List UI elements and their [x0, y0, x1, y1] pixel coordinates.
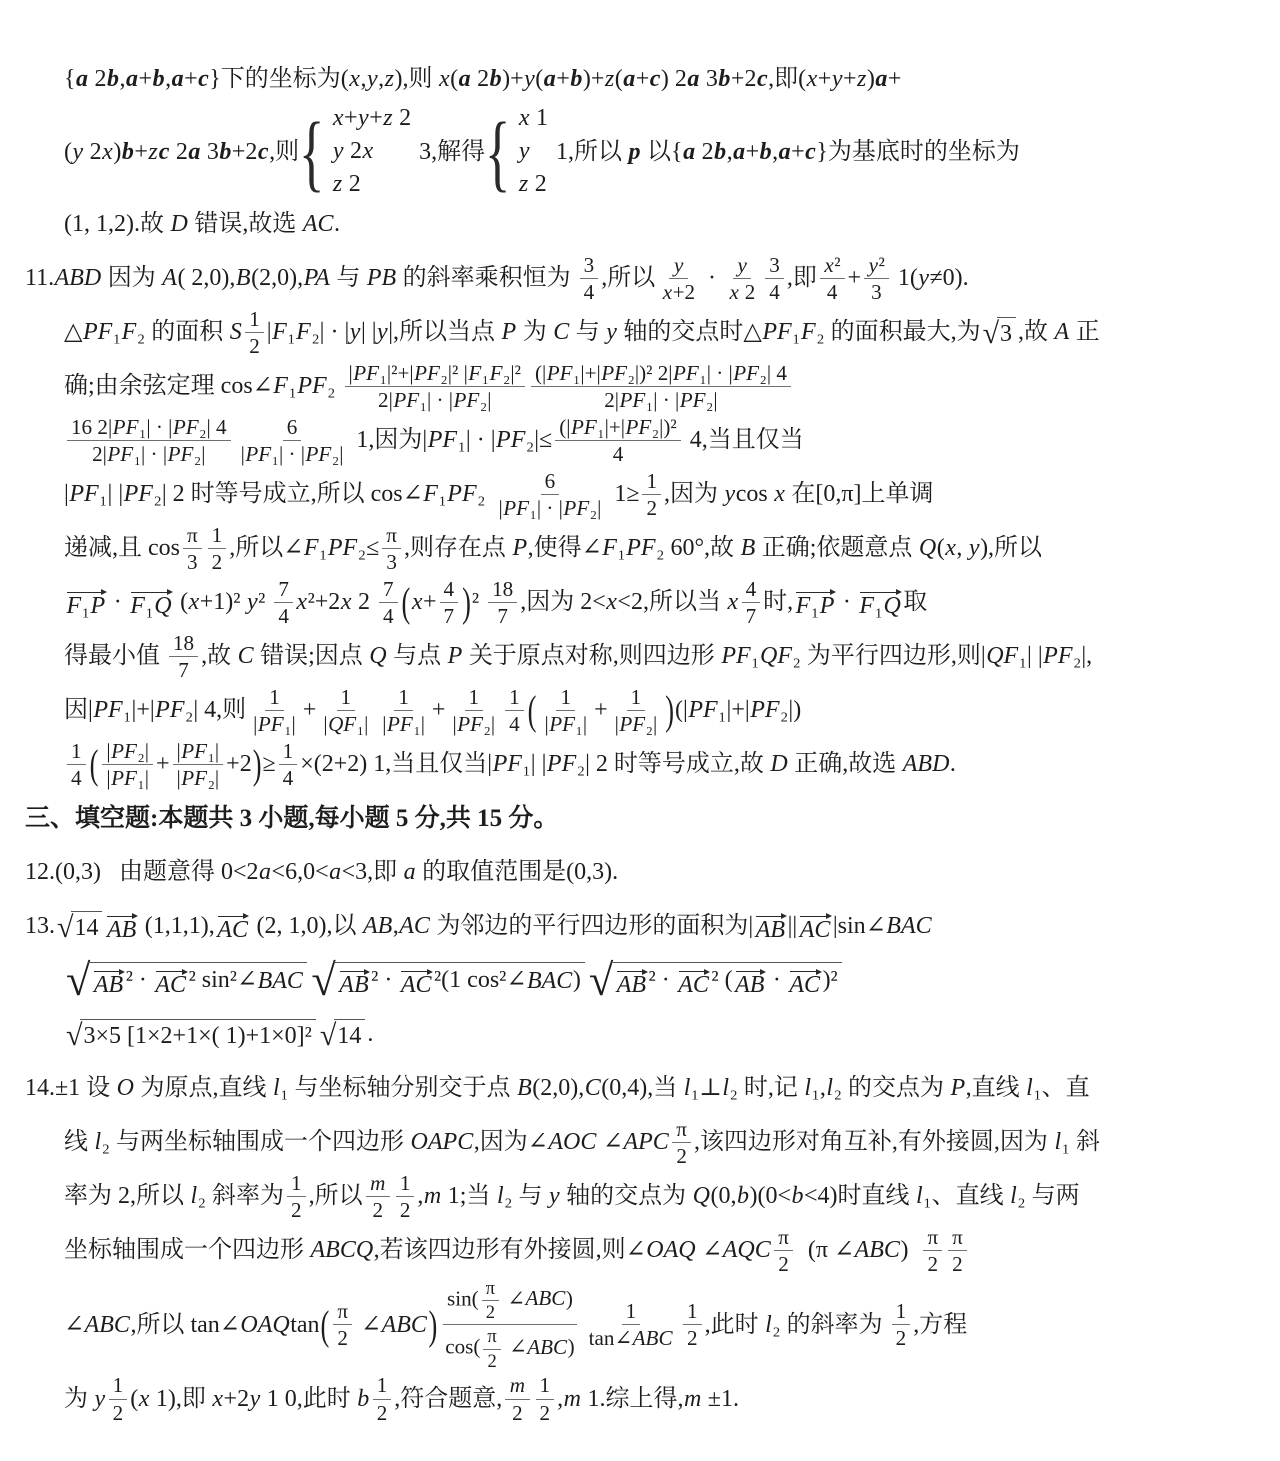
fraction: 1|PF₁| — [540, 685, 591, 737]
fraction: 12 — [642, 469, 661, 521]
bold-vector: b — [714, 138, 727, 166]
fraction: x²4 — [820, 253, 845, 305]
fraction: π2 — [333, 1299, 352, 1351]
fraction: 187 — [488, 577, 517, 629]
big-paren: ) — [252, 744, 263, 785]
text-line: 三、填空题:本题共 3 小题,每小题 5 分,共 15 分。 — [25, 792, 1266, 846]
bold-vector: a — [687, 65, 700, 93]
vector: AB — [92, 965, 124, 998]
fraction: π2 — [672, 1117, 691, 1169]
fraction: m2 — [505, 1373, 529, 1425]
equation-system: {x+y+z 2y 2xz 2 — [301, 106, 411, 198]
text-line: ∠ABC,所以 tan∠OAQ tan(π2 ∠ABC) sin(π2 ∠ABC… — [64, 1278, 1266, 1372]
vector-arrow-icon — [800, 910, 830, 917]
fraction: 74 — [274, 577, 293, 629]
vector-arrow-icon — [107, 910, 135, 917]
fraction: 12 — [536, 1373, 555, 1425]
fraction: 1|PF₂| — [448, 685, 499, 737]
vector: AB — [734, 965, 766, 998]
vector: AB — [105, 910, 137, 943]
bold-vector: a — [126, 65, 139, 93]
fraction: π2 — [483, 1326, 500, 1372]
text-line: 12.(0,3) 由题意得 0<2a<6,0<a<3,即 a 的取值范围是(0,… — [25, 846, 1266, 900]
vector: AC — [798, 910, 832, 943]
fraction: 12 — [208, 523, 227, 575]
bold-vector: b — [718, 65, 731, 93]
sqrt: √AB² · AC² (AB · AC)² — [589, 962, 842, 998]
radical-icon: √ — [311, 963, 335, 999]
fraction: sin(π2 ∠ABC)cos(π2 ∠ABC) — [441, 1278, 578, 1372]
vector-arrow-icon — [860, 586, 900, 593]
text-line: 得最小值 187,故 C 错误;因点 Q 与点 P 关于原点对称,则四边形 PF… — [64, 630, 1266, 684]
text-line: (y 2x)b+zc 2a 3b+2c,则{x+y+z 2y 2xz 2 3,解… — [64, 106, 1266, 198]
fraction: 12 — [109, 1373, 128, 1425]
text-line: 为 y 12(x 1),即 x+2y 1 0,此时 b 12,符合题意,m2 1… — [64, 1372, 1266, 1426]
bold-vector: b — [759, 138, 772, 166]
text-line: 16 2|PF₁| · |PF₂| 42|PF₁| · |PF₂| 6|PF₁|… — [64, 414, 1266, 468]
vector: F₁P — [65, 586, 107, 619]
vector: F₁Q — [858, 586, 902, 619]
vector-arrow-icon — [218, 910, 248, 917]
brace-icon: { — [299, 109, 325, 195]
sqrt: √3 — [983, 317, 1016, 348]
text-line: 递减,且 cosπ3 12,所以∠F₁PF₂≤π3,则存在点 P,使得∠F₁PF… — [64, 522, 1266, 576]
brace-icon: { — [485, 109, 511, 195]
vector: AC — [677, 965, 711, 998]
fraction: (|PF₁|+|PF₂|)² 2|PF₁| · |PF₂| 42|PF₁| · … — [531, 361, 791, 413]
fraction: 1|PF₂| — [611, 685, 662, 737]
bold-vector: c — [198, 65, 210, 93]
bold-vector: a — [543, 65, 556, 93]
vector-arrow-icon — [131, 586, 171, 593]
fraction: π3 — [183, 523, 202, 575]
fraction: 34 — [580, 253, 599, 305]
big-paren: ( — [89, 744, 100, 785]
fraction: m2 — [366, 1171, 390, 1223]
bold-vector: p — [628, 138, 641, 166]
text-line: 线 l₂ 与两坐标轴围成一个四边形 OAPC,因为∠AOC ∠APC π2,该四… — [64, 1116, 1266, 1170]
text-line: 14.±1 设 O 为原点,直线 l₁ 与坐标轴分别交于点 B(2,0),C(0… — [25, 1062, 1266, 1116]
fraction: 12 — [245, 307, 264, 359]
fraction: |PF₂||PF₁| — [102, 739, 153, 791]
big-paren: ) — [664, 690, 675, 731]
bold-vector: c — [756, 65, 768, 93]
vector-arrow-icon — [401, 965, 431, 972]
text-line: 13.√14 AB (1,1,1),AC (2, 1,0),以 AB,AC 为邻… — [25, 900, 1266, 954]
fraction: π2 — [482, 1278, 499, 1324]
bold-vector: c — [158, 138, 170, 166]
big-paren: ( — [401, 582, 412, 623]
bold-vector: c — [805, 138, 817, 166]
text-line: 确;由余弦定理 cos∠F₁PF₂ |PF₁|²+|PF₂|² |F₁F₂|²2… — [64, 360, 1266, 414]
radical-icon: √ — [66, 963, 90, 999]
fraction: 12 — [683, 1299, 702, 1351]
bold-vector: b — [152, 65, 165, 93]
fraction: 74 — [379, 577, 398, 629]
text-line: F₁P · F₁Q (x+1)² y² 74x²+2x 2 74(x+47)² … — [64, 576, 1266, 630]
equation-system: {x 1yz 2 — [487, 106, 548, 198]
fraction: 14 — [67, 739, 86, 791]
vector-arrow-icon — [679, 965, 709, 972]
text-line: △PF₁F₂ 的面积 S 12|F₁F₂| · |y| |y|,所以当点 P 为… — [64, 306, 1266, 360]
vector: AC — [216, 910, 250, 943]
vector: AC — [399, 965, 433, 998]
sqrt: √AB² · AC² sin²∠BAC — [66, 962, 307, 998]
text-line: 因|PF₁|+|PF₂| 4,则1|PF₁|+1|QF₁| 1|PF₁|+1|P… — [64, 684, 1266, 738]
bold-vector: a — [778, 138, 791, 166]
sqrt: √AB² · AC²(1 cos²∠BAC) — [311, 962, 584, 998]
fraction: 1|PF₁| — [378, 685, 429, 737]
vector-arrow-icon — [796, 586, 834, 593]
fraction: 12 — [892, 1299, 911, 1351]
vector: AB — [338, 965, 370, 998]
bold-vector: b — [107, 65, 120, 93]
fraction: 187 — [169, 631, 198, 683]
big-paren: ( — [527, 690, 538, 731]
bold-vector: a — [683, 138, 696, 166]
fraction: π2 — [948, 1225, 967, 1277]
bold-vector: b — [121, 138, 134, 166]
fraction: 1|QF₁| — [319, 685, 372, 737]
fraction: 12 — [396, 1171, 415, 1223]
text-line: {a 2b,a+b,a+c}下的坐标为(x,y,z),则 x(a 2b)+y(a… — [64, 52, 1266, 106]
bold-vector: a — [76, 65, 89, 93]
bold-vector: b — [219, 138, 232, 166]
text-line: |PF₁| |PF₂| 2 时等号成立,所以 cos∠F₁PF₂ 6|PF₁| … — [64, 468, 1266, 522]
bold-vector: a — [623, 65, 636, 93]
bold-vector: a — [875, 65, 888, 93]
fraction: 12 — [287, 1171, 306, 1223]
fraction: |PF₁||PF₂| — [173, 739, 224, 791]
fraction: 1|PF₁| — [249, 685, 300, 737]
fraction: 14 — [505, 685, 524, 737]
radical-icon: √ — [589, 963, 613, 999]
text-line: √AB² · AC² sin²∠BAC √AB² · AC²(1 cos²∠BA… — [64, 954, 1266, 1008]
vector: F₁Q — [129, 586, 173, 619]
big-paren: ) — [427, 1304, 438, 1345]
text-line: 率为 2,所以 l₂ 斜率为12,所以m2 12,m 1;当 l₂ 与 y 轴的… — [64, 1170, 1266, 1224]
vector: AC — [154, 965, 188, 998]
bold-vector: a — [171, 65, 184, 93]
vector-arrow-icon — [156, 965, 186, 972]
fraction: 14 — [279, 739, 298, 791]
sqrt: √3×5 [1×2+1×( 1)+1×0]² — [66, 1019, 316, 1050]
document-body: {a 2b,a+b,a+c}下的坐标为(x,y,z),则 x(a 2b)+y(a… — [0, 0, 1280, 1426]
bold-vector: c — [649, 65, 661, 93]
fraction: 1tan∠ABC — [585, 1299, 677, 1351]
fraction: 6|PF₁| · |PF₂| — [494, 469, 605, 521]
sqrt: √14 — [320, 1019, 365, 1050]
text-line: √3×5 [1×2+1×( 1)+1×0]² √14. — [64, 1008, 1266, 1062]
big-paren: ( — [320, 1304, 331, 1345]
vector-arrow-icon — [340, 965, 368, 972]
vector-arrow-icon — [790, 965, 820, 972]
vector-arrow-icon — [736, 965, 764, 972]
fraction: π2 — [774, 1225, 793, 1277]
vector: AB — [615, 965, 647, 998]
fraction: 47 — [742, 577, 761, 629]
vector-arrow-icon — [756, 910, 784, 917]
bold-vector: b — [570, 65, 583, 93]
fraction: 47 — [440, 577, 459, 629]
fraction: π2 — [923, 1225, 942, 1277]
fraction: yx+2 — [658, 253, 699, 305]
text-line: (1, 1,2).故 D 错误,故选 AC. — [64, 198, 1266, 252]
vector-arrow-icon — [617, 965, 645, 972]
bold-vector: c — [257, 138, 269, 166]
fraction: 6|PF₁| · |PF₂| — [237, 415, 348, 467]
fraction: 12 — [373, 1373, 392, 1425]
vector: AC — [788, 965, 822, 998]
text-line: 14(|PF₂||PF₁|+|PF₁||PF₂|+2)≥14×(2+2) 1,当… — [64, 738, 1266, 792]
fraction: yx 2 — [725, 253, 759, 305]
text-line: 坐标轴围成一个四边形 ABCQ,若该四边形有外接圆,则∠OAQ ∠AQC π2 … — [64, 1224, 1266, 1278]
fraction: y²3 — [864, 253, 889, 305]
fraction: (|PF₁|+|PF₂|)²4 — [555, 415, 681, 467]
vector-arrow-icon — [94, 965, 122, 972]
text-line: 11.ABD 因为 A( 2,0),B(2,0),PA 与 PB 的斜率乘积恒为… — [25, 252, 1266, 306]
vector: AB — [754, 910, 786, 943]
fraction: 16 2|PF₁| · |PF₂| 42|PF₁| · |PF₂| — [67, 415, 231, 467]
bold-vector: b — [489, 65, 502, 93]
bold-vector: a — [188, 138, 201, 166]
fraction: |PF₁|²+|PF₂|² |F₁F₂|²2|PF₁| · |PF₂| — [345, 361, 525, 413]
fraction: π3 — [382, 523, 401, 575]
vector: F₁P — [794, 586, 836, 619]
sqrt: √14 — [57, 911, 102, 942]
fraction: 34 — [765, 253, 784, 305]
vector-arrow-icon — [67, 586, 105, 593]
big-paren: ) — [461, 582, 472, 623]
bold-vector: a — [458, 65, 471, 93]
bold-vector: a — [733, 138, 746, 166]
